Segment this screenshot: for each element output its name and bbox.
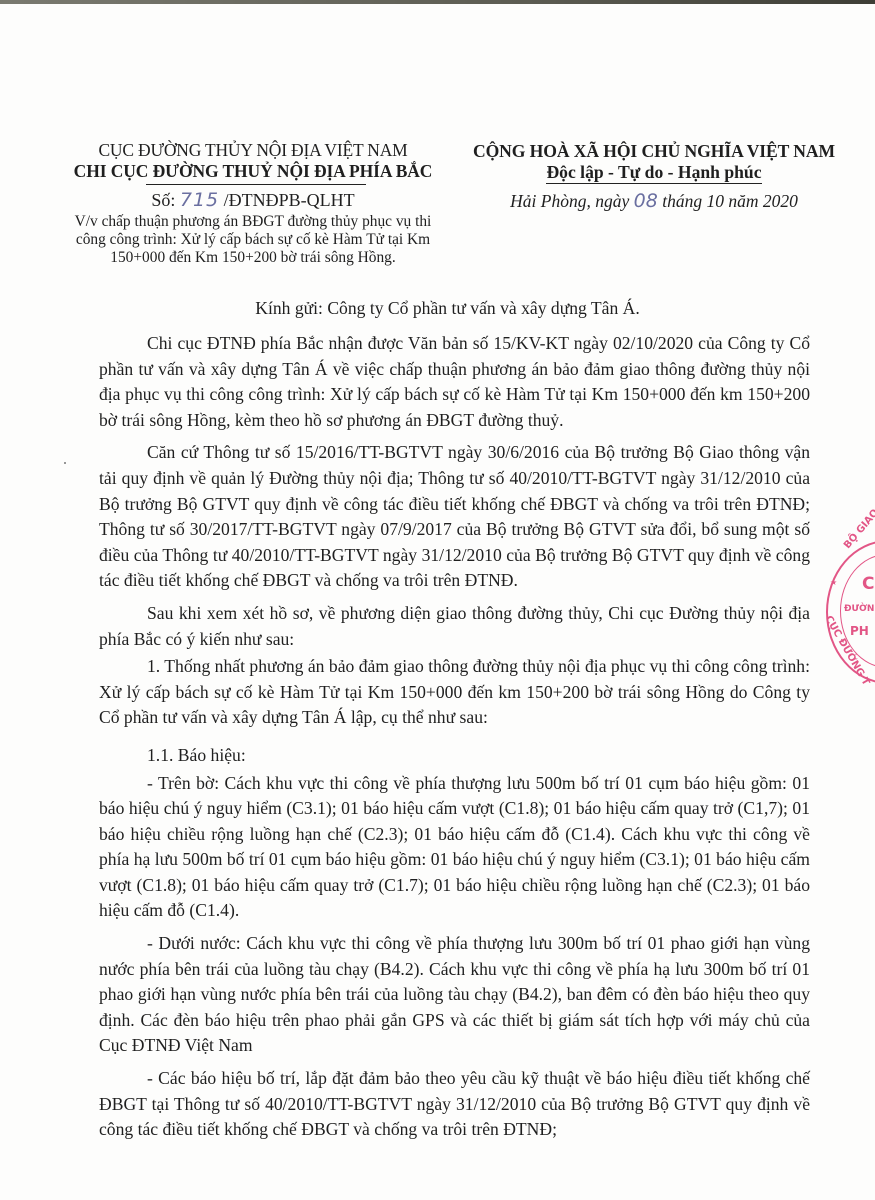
stamp-center-text: ĐƯỜN — [844, 604, 874, 614]
scan-speck — [64, 462, 66, 464]
date-line: Hải Phòng, ngày 08 tháng 10 năm 2020 — [448, 188, 860, 214]
header-underline — [146, 184, 366, 185]
issuer-header: CỤC ĐƯỜNG THỦY NỘI ĐỊA VIỆT NAM CHI CỤC … — [58, 140, 448, 267]
section-heading: 1.1. Báo hiệu: — [99, 743, 810, 769]
paragraph: - Các báo hiệu bố trí, lắp đặt đảm bảo t… — [99, 1066, 810, 1143]
agency-name: CỤC ĐƯỜNG THỦY NỘI ĐỊA VIỆT NAM — [58, 140, 448, 161]
national-motto: Độc lập - Tự do - Hạnh phúc — [546, 162, 761, 184]
official-stamp: BỘ GIAO ★ CỤC ĐƯỜNG T C ĐƯỜN PH — [826, 540, 875, 684]
paragraph: - Trên bờ: Cách khu vực thi công về phía… — [99, 771, 810, 925]
document-number-suffix: /ĐTNĐPB-QLHT — [219, 190, 355, 210]
national-header: CỘNG HOÀ XÃ HỘI CHỦ NGHĨA VIỆT NAM Độc l… — [448, 140, 860, 214]
stamp-center-text: PH — [850, 624, 869, 638]
stamp-star-icon: ★ — [830, 578, 837, 587]
scan-speck — [542, 812, 544, 814]
sub-agency-name: CHI CỤC ĐƯỜNG THUỶ NỘI ĐỊA PHÍA BẮC — [58, 161, 448, 181]
document-number: Số: 715 /ĐTNĐPB-QLHT — [58, 188, 448, 212]
paragraph: Sau khi xem xét hồ sơ, về phương diện gi… — [99, 601, 810, 652]
document-page: CỤC ĐƯỜNG THỦY NỘI ĐỊA VIỆT NAM CHI CỤC … — [0, 0, 875, 1200]
date-suffix: tháng 10 năm 2020 — [658, 191, 798, 211]
document-number-label: Số: — [151, 190, 180, 210]
nation-name: CỘNG HOÀ XÃ HỘI CHỦ NGHĨA VIỆT NAM — [448, 140, 860, 162]
stamp-top-text: BỘ GIAO — [842, 507, 875, 551]
paragraph: - Dưới nước: Cách khu vực thi công về ph… — [99, 931, 810, 1059]
stamp-center-text: C — [862, 574, 874, 594]
paragraph: Căn cứ Thông tư số 15/2016/TT-BGTVT ngày… — [99, 440, 810, 594]
letter-body: Chi cục ĐTNĐ phía Bắc nhận được Văn bản … — [99, 331, 810, 1150]
handwritten-day: 08 — [634, 190, 658, 212]
paragraph: Chi cục ĐTNĐ phía Bắc nhận được Văn bản … — [99, 331, 810, 433]
recipient-line: Kính gửi: Công ty Cổ phần tư vấn và xây … — [0, 296, 875, 320]
subject-line: V/v chấp thuận phương án BĐGT đường thủy… — [58, 213, 448, 267]
date-prefix: Hải Phòng, ngày — [510, 191, 633, 211]
paragraph: 1. Thống nhất phương án bảo đảm giao thô… — [99, 654, 810, 731]
handwritten-number: 715 — [180, 189, 219, 211]
